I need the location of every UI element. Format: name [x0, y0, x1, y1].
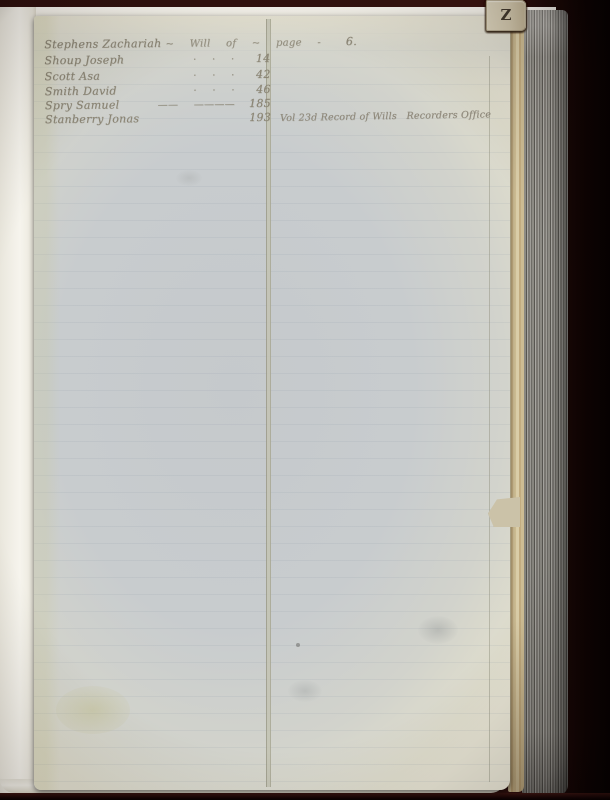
entry-ref: · · · — [121, 85, 243, 97]
entry-ref: · · · — [128, 54, 242, 66]
entry-name: Scott Asa — [45, 70, 101, 84]
index-entry-row: Shoup Joseph · · · 14 — [44, 52, 270, 67]
page-edge-stack — [522, 10, 568, 795]
margin-note: Vol 23d Record of Wills Recorders Office — [280, 109, 508, 124]
index-entry-row: Stephens Zachariah ~ Will of ~ page - 6. — [44, 36, 270, 51]
entry-page-number: 193 — [247, 111, 271, 124]
index-entry-row: Scott Asa · · · 42 — [45, 68, 271, 83]
entry-name: Spry Samuel — [45, 98, 120, 112]
alpha-tab-z: Z — [486, 0, 526, 31]
book-cover-bottom-edge — [0, 793, 610, 800]
index-entry-row: Smith David · · · 46 — [45, 83, 271, 98]
page-stack-left-edge — [0, 7, 36, 793]
right-margin-rule — [489, 56, 490, 782]
index-entry-row: Spry Samuel —— ———— 185 — [45, 97, 271, 112]
ledger-page: Stephens Zachariah ~ Will of ~ page - 6.… — [34, 16, 510, 790]
entry-page-number: 46 — [247, 83, 271, 96]
entry-name: Smith David — [45, 84, 117, 98]
entry-ref: ~ Will of ~ page - — [165, 37, 329, 50]
entry-ref — [143, 121, 243, 122]
tab-letter: Z — [501, 8, 512, 23]
entry-ref: · · · — [104, 70, 243, 82]
index-entry-row: Stanberry Jonas 193 — [45, 111, 271, 126]
entry-name: Stephens Zachariah — [44, 37, 161, 51]
index-entries: Stephens Zachariah ~ Will of ~ page - 6.… — [44, 15, 270, 17]
center-divider-rule — [266, 19, 271, 787]
entry-page-number: 14 — [246, 52, 270, 65]
entry-name: Shoup Joseph — [44, 53, 124, 67]
entry-page-number: 42 — [247, 68, 271, 81]
page-edge-tan-strip — [508, 12, 524, 792]
entry-ref: —— ———— — [123, 99, 243, 111]
entry-name: Stanberry Jonas — [45, 112, 139, 126]
entry-page-number: 185 — [247, 97, 271, 110]
entry-page-number: 6. — [333, 35, 357, 48]
